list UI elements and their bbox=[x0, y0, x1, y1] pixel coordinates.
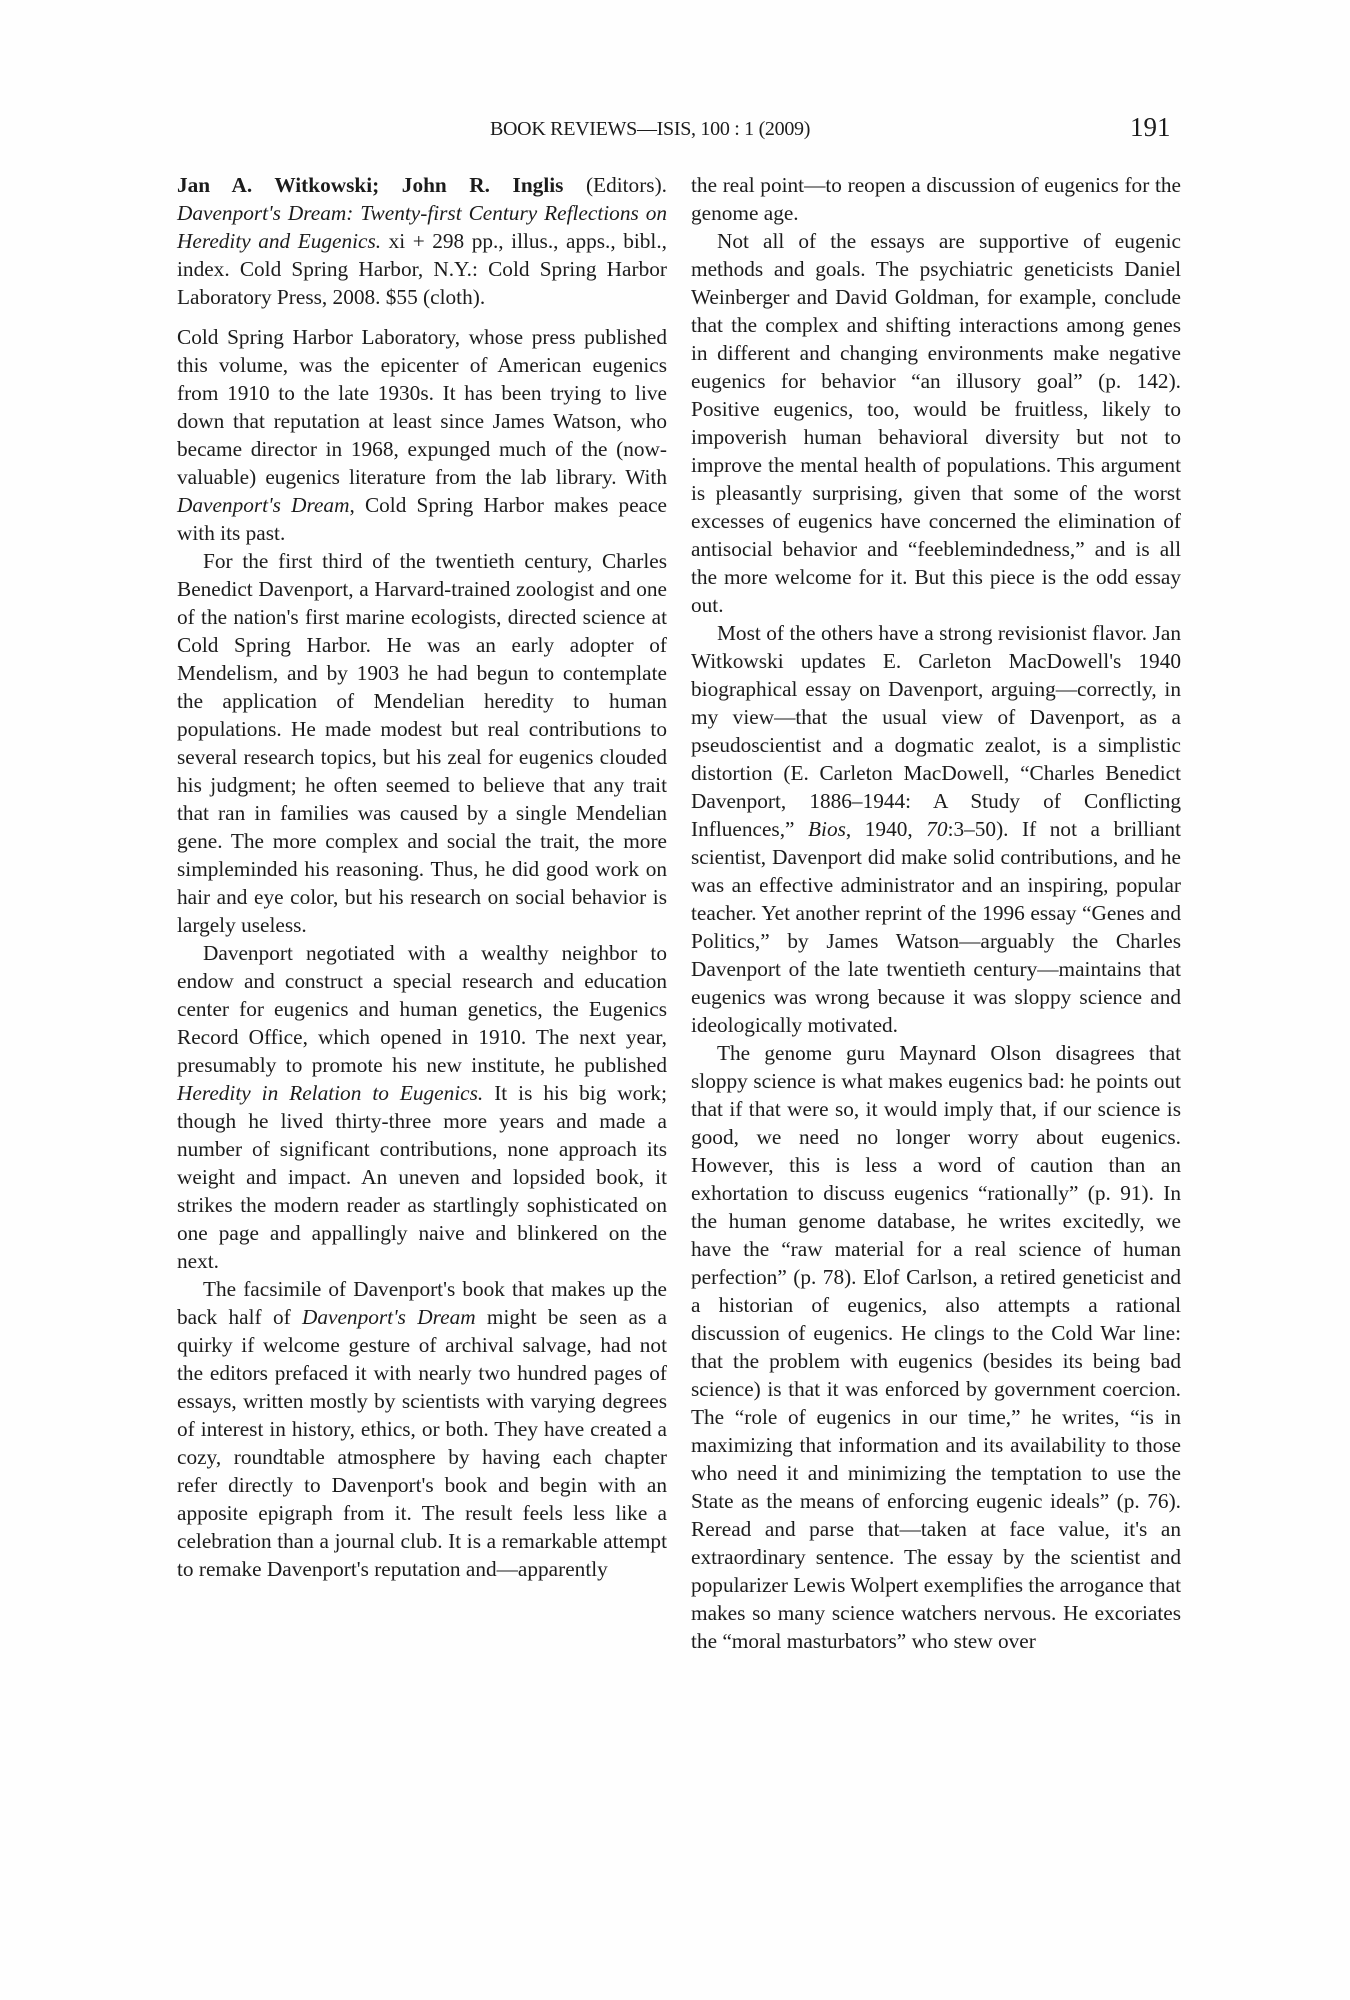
book-authors: Jan A. Witkowski; John R. Inglis bbox=[177, 173, 563, 197]
book-editor-role: (Editors). bbox=[563, 173, 667, 197]
left-column: Jan A. Witkowski; John R. Inglis (Editor… bbox=[177, 171, 667, 1583]
italic-book-title: Davenport's Dream bbox=[177, 493, 349, 517]
text-run: Most of the others have a strong revisio… bbox=[691, 621, 1181, 841]
text-run: Cold Spring Harbor Laboratory, whose pre… bbox=[177, 325, 667, 489]
text-run: :3–50). If not a brilliant scientist, Da… bbox=[691, 817, 1181, 1037]
italic-book-title: Davenport's Dream bbox=[302, 1305, 476, 1329]
italic-book-title: Heredity in Relation to Eugenics. bbox=[177, 1081, 483, 1105]
running-head: BOOK REVIEWS—ISIS, 100 : 1 (2009) bbox=[490, 118, 810, 141]
review-paragraph-continued: the real point—to reopen a discussion of… bbox=[691, 171, 1181, 227]
right-column: the real point—to reopen a discussion of… bbox=[691, 171, 1181, 1655]
italic-journal-name: Bios bbox=[808, 817, 846, 841]
review-paragraph: Not all of the essays are supportive of … bbox=[691, 227, 1181, 619]
text-run: It is his big work; though he lived thir… bbox=[177, 1081, 667, 1273]
review-paragraph: The genome guru Maynard Olson disagrees … bbox=[691, 1039, 1181, 1655]
review-paragraph: Davenport negotiated with a wealthy neig… bbox=[177, 939, 667, 1275]
review-paragraph: For the first third of the twentieth cen… bbox=[177, 547, 667, 939]
review-paragraph: Most of the others have a strong revisio… bbox=[691, 619, 1181, 1039]
page-number: 191 bbox=[1130, 112, 1171, 143]
review-paragraph: Cold Spring Harbor Laboratory, whose pre… bbox=[177, 323, 667, 547]
journal-page: BOOK REVIEWS—ISIS, 100 : 1 (2009) 191 Ja… bbox=[0, 0, 1350, 2000]
text-run: , 1940, bbox=[846, 817, 926, 841]
text-run: might be seen as a quirky if welcome ges… bbox=[177, 1305, 667, 1581]
italic-volume-number: 70 bbox=[926, 817, 947, 841]
review-paragraph: The facsimile of Davenport's book that m… bbox=[177, 1275, 667, 1583]
text-run: Davenport negotiated with a wealthy neig… bbox=[177, 941, 667, 1077]
book-citation: Jan A. Witkowski; John R. Inglis (Editor… bbox=[177, 171, 667, 311]
